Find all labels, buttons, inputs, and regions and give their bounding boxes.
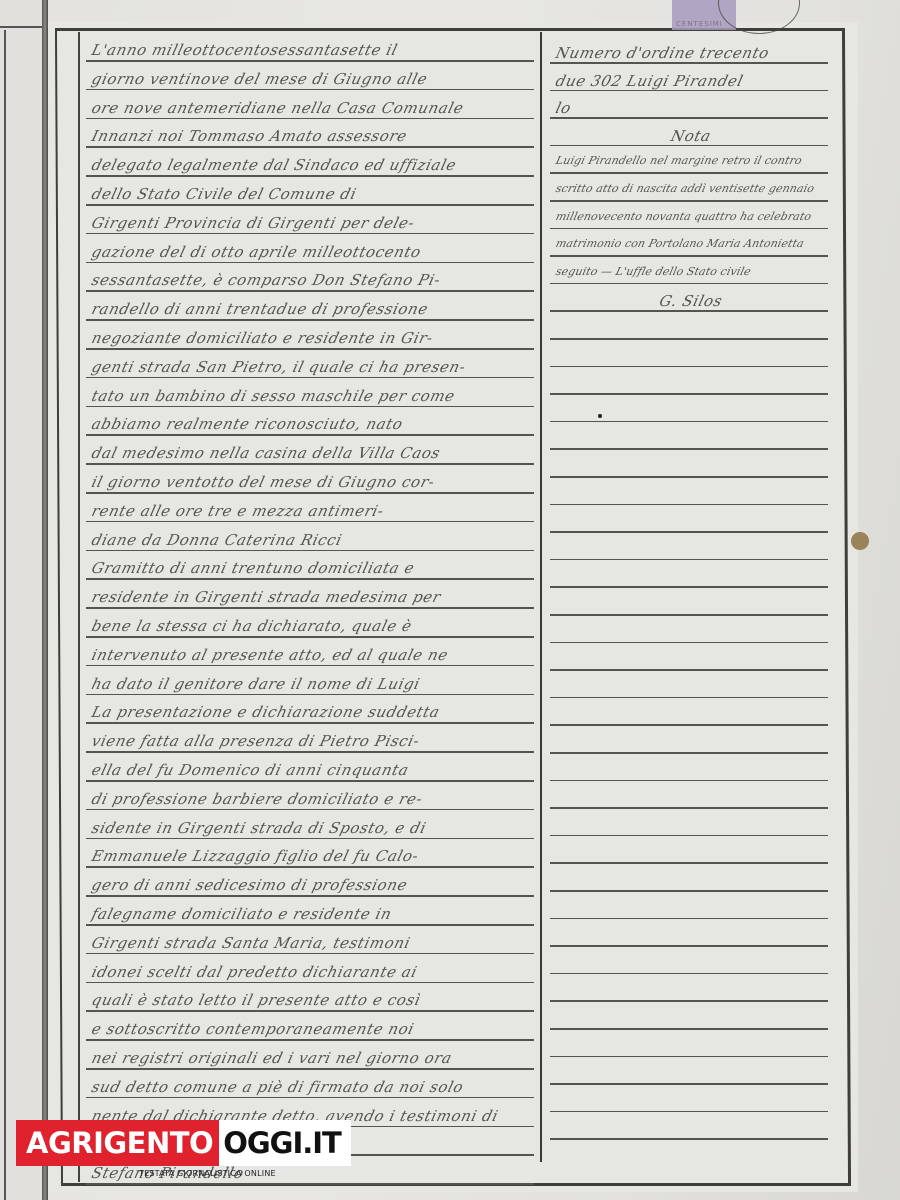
ruled-line bbox=[550, 945, 828, 947]
ruled-line bbox=[86, 866, 534, 868]
handwritten-line: gero di anni sedicesimo di professione bbox=[90, 876, 534, 894]
ruled-line bbox=[550, 366, 828, 368]
ruled-line bbox=[550, 283, 828, 285]
stamp-label: CENTESIMI bbox=[676, 20, 723, 28]
ruled-line bbox=[86, 290, 534, 292]
note-line: G. Silos bbox=[554, 292, 828, 310]
handwritten-line: Girgenti Provincia di Girgenti per dele- bbox=[90, 214, 534, 232]
ruled-line bbox=[86, 319, 534, 321]
handwritten-line: dello Stato Civile del Comune di bbox=[90, 185, 534, 203]
ruled-line bbox=[550, 1056, 828, 1058]
column-divider bbox=[540, 32, 542, 1162]
handwritten-line: nei registri originali ed i vari nel gio… bbox=[90, 1049, 534, 1067]
handwritten-line: randello di anni trentadue di profession… bbox=[90, 300, 534, 318]
ruled-line bbox=[86, 982, 534, 984]
ink-dot bbox=[598, 414, 602, 418]
handwritten-line: Innanzi noi Tommaso Amato assessore bbox=[90, 127, 534, 145]
ruled-line bbox=[86, 838, 534, 840]
ruled-line bbox=[86, 89, 534, 91]
ruled-line bbox=[86, 377, 534, 379]
ruled-line bbox=[550, 559, 828, 561]
ruled-line bbox=[550, 117, 828, 119]
handwritten-line: negoziante domiciliato e residente in Gi… bbox=[90, 329, 534, 347]
ruled-line bbox=[550, 255, 828, 257]
ruled-line bbox=[86, 1068, 534, 1070]
ruled-line bbox=[550, 1083, 828, 1085]
ruled-line bbox=[550, 476, 828, 478]
handwritten-line: viene fatta alla presenza di Pietro Pisc… bbox=[90, 732, 534, 750]
note-line: seguito — L'uffle dello Stato civile bbox=[554, 265, 827, 278]
note-line: matrimonio con Portolano Maria Antoniett… bbox=[554, 237, 827, 250]
ruled-line bbox=[550, 697, 828, 699]
ruled-line bbox=[86, 924, 534, 926]
ruled-line bbox=[550, 393, 828, 395]
handwritten-line: il giorno ventotto del mese di Giugno co… bbox=[90, 473, 534, 491]
note-line: lo bbox=[554, 99, 828, 117]
ruled-line bbox=[86, 463, 534, 465]
ruled-line bbox=[86, 146, 534, 148]
ruled-line bbox=[550, 642, 828, 644]
handwritten-line: gazione del di otto aprile milleottocent… bbox=[90, 243, 534, 261]
ruled-line bbox=[550, 862, 828, 864]
ruled-line bbox=[86, 118, 534, 120]
ruled-line bbox=[86, 722, 534, 724]
logo-tagline: TESTATA GIORNALISTICA ONLINE bbox=[139, 1169, 276, 1178]
handwritten-line: tato un bambino di sesso maschile per co… bbox=[90, 387, 534, 405]
ruled-line bbox=[550, 448, 828, 450]
agrigentooggi-logo: AGRIGENTO OGGI.IT bbox=[16, 1120, 351, 1166]
handwritten-line: sidente in Girgenti strada di Sposto, e … bbox=[90, 819, 534, 837]
ruled-line bbox=[86, 521, 534, 523]
ruled-line bbox=[550, 338, 828, 340]
note-title: Nota bbox=[554, 127, 828, 145]
handwritten-line: ha dato il genitore dare il nome di Luig… bbox=[90, 675, 534, 693]
ruled-line bbox=[86, 895, 534, 897]
handwritten-line: bene la stessa ci ha dichiarato, quale è bbox=[90, 617, 534, 635]
handwritten-line: Girgenti strada Santa Maria, testimoni bbox=[90, 934, 534, 952]
ruled-line bbox=[550, 1028, 828, 1030]
ruled-line bbox=[550, 669, 828, 671]
logo-white-part: OGGI.IT bbox=[219, 1120, 351, 1166]
handwritten-line: di professione barbiere domiciliato e re… bbox=[90, 790, 534, 808]
ruled-line bbox=[86, 1183, 534, 1185]
ruled-line bbox=[550, 1111, 828, 1113]
ruled-line bbox=[550, 504, 828, 506]
handwritten-line: La presentazione e dichiarazione suddett… bbox=[90, 703, 534, 721]
ruled-line bbox=[86, 607, 534, 609]
ruled-line bbox=[86, 348, 534, 350]
stain-spot bbox=[851, 532, 869, 550]
handwritten-line: ore nove antemeridiane nella Casa Comuna… bbox=[90, 99, 534, 117]
ruled-line bbox=[550, 421, 828, 423]
handwritten-line: diane da Donna Caterina Ricci bbox=[90, 531, 534, 549]
ruled-line bbox=[86, 1010, 534, 1012]
ruled-line bbox=[86, 1097, 534, 1099]
note-line: Numero d'ordine trecento bbox=[554, 44, 828, 62]
ruled-line bbox=[550, 172, 828, 174]
notes-column: Numero d'ordine trecentodue 302 Luigi Pi… bbox=[544, 32, 834, 1162]
ruled-line bbox=[86, 233, 534, 235]
ruled-line bbox=[550, 890, 828, 892]
note-line: due 302 Luigi Pirandel bbox=[554, 72, 828, 90]
ruled-line bbox=[86, 578, 534, 580]
ruled-line bbox=[86, 434, 534, 436]
ruled-line bbox=[550, 614, 828, 616]
handwritten-line: idonei scelti dal predetto dichiarante a… bbox=[90, 963, 534, 981]
ruled-line bbox=[86, 406, 534, 408]
handwritten-line: L'anno milleottocentosessantasette il bbox=[90, 41, 534, 59]
handwritten-line: delegato legalmente dal Sindaco ed uffiz… bbox=[90, 156, 534, 174]
ruled-line bbox=[550, 1138, 828, 1140]
ruled-line bbox=[86, 694, 534, 696]
handwritten-line: falegname domiciliato e residente in bbox=[90, 905, 534, 923]
ruled-line bbox=[550, 1000, 828, 1002]
note-line: millenovecento novanta quattro ha celebr… bbox=[554, 210, 827, 223]
handwritten-line: dal medesimo nella casina della Villa Ca… bbox=[90, 444, 534, 462]
ruled-line bbox=[86, 751, 534, 753]
ruled-line bbox=[86, 204, 534, 206]
ruled-line bbox=[550, 310, 828, 312]
handwritten-line: abbiamo realmente riconosciuto, nato bbox=[90, 415, 534, 433]
ruled-line bbox=[550, 586, 828, 588]
ruled-line bbox=[550, 835, 828, 837]
ruled-line bbox=[86, 60, 534, 62]
main-record-column: L'anno milleottocentosessantasette ilgio… bbox=[78, 32, 540, 1182]
left-page-top-rule bbox=[0, 26, 44, 28]
ruled-line bbox=[86, 262, 534, 264]
ruled-line bbox=[550, 780, 828, 782]
ruled-line bbox=[550, 752, 828, 754]
ruled-line bbox=[86, 780, 534, 782]
ruled-line bbox=[86, 550, 534, 552]
handwritten-line: quali è stato letto il presente atto e c… bbox=[90, 991, 534, 1009]
left-page-fragment bbox=[0, 0, 47, 1200]
ruled-line bbox=[86, 175, 534, 177]
handwritten-line: genti strada San Pietro, il quale ci ha … bbox=[90, 358, 534, 376]
handwritten-line: e sottoscritto contemporaneamente noi bbox=[90, 1020, 534, 1038]
ruled-line bbox=[550, 228, 828, 230]
handwritten-line: sud detto comune a piè di firmato da noi… bbox=[90, 1078, 534, 1096]
handwritten-line: rente alle ore tre e mezza antimeri- bbox=[90, 502, 534, 520]
ruled-line bbox=[86, 492, 534, 494]
handwritten-line: residente in Girgenti strada medesima pe… bbox=[90, 588, 534, 606]
ruled-line bbox=[550, 807, 828, 809]
ruled-line bbox=[86, 636, 534, 638]
main-ruled-lines: L'anno milleottocentosessantasette ilgio… bbox=[80, 32, 540, 1182]
note-line: Luigi Pirandello nel margine retro il co… bbox=[554, 154, 827, 167]
ruled-line bbox=[550, 918, 828, 920]
ruled-line bbox=[550, 62, 828, 64]
ruled-line bbox=[550, 145, 828, 147]
note-line: scritto atto di nascita addì ventisette … bbox=[554, 182, 827, 195]
ruled-line bbox=[86, 665, 534, 667]
ruled-line bbox=[550, 531, 828, 533]
handwritten-line: giorno ventinove del mese di Giugno alle bbox=[90, 70, 534, 88]
ruled-line bbox=[550, 724, 828, 726]
handwritten-line: sessantasette, è comparso Don Stefano Pi… bbox=[90, 271, 534, 289]
handwritten-line: intervenuto al presente atto, ed al qual… bbox=[90, 646, 534, 664]
ruled-line bbox=[550, 200, 828, 202]
left-page-margin-rule bbox=[4, 30, 6, 1200]
logo-red-part: AGRIGENTO bbox=[16, 1120, 219, 1166]
handwritten-line: ella del fu Domenico di anni cinquanta bbox=[90, 761, 534, 779]
ruled-line bbox=[550, 973, 828, 975]
ruled-line bbox=[86, 809, 534, 811]
ruled-line bbox=[86, 1039, 534, 1041]
notes-ruled-lines: Numero d'ordine trecentodue 302 Luigi Pi… bbox=[544, 32, 834, 1162]
handwritten-line: Emmanuele Lizzaggio figlio del fu Calo- bbox=[90, 847, 534, 865]
ruled-line bbox=[86, 953, 534, 955]
handwritten-line: Gramitto di anni trentuno domiciliata e bbox=[90, 559, 534, 577]
